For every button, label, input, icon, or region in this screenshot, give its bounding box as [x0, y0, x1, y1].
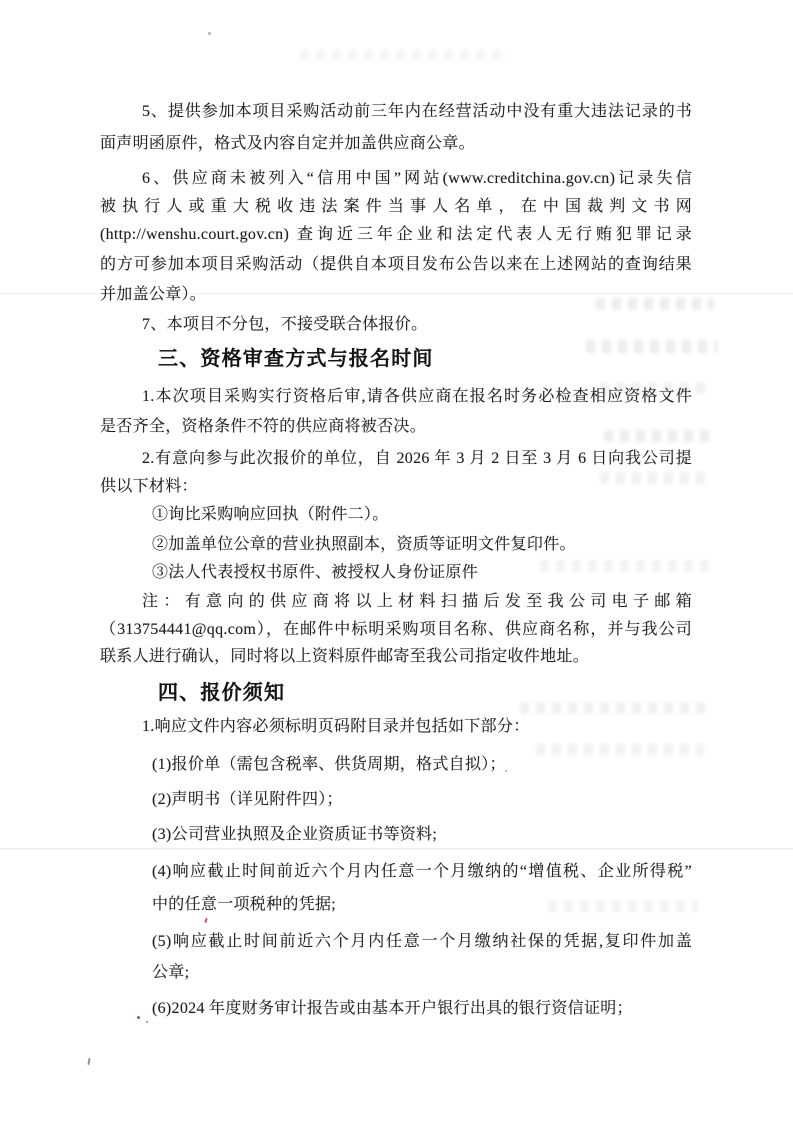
section4-item4-line2: 中的任意一项税种的凭据;	[100, 890, 692, 920]
clause6-line4: 的方可参加本项目采购活动（提供自本项目发布公告以来在上述网站的查询结果	[100, 250, 692, 280]
section4-item5-line1: (5)响应截止时间前近六个月内任意一个月缴纳社保的凭据,复印件加盖	[100, 927, 692, 957]
section3-item1-line2: 是否齐全，资格条件不符的供应商将被否决。	[100, 412, 692, 442]
section4-intro: 1.响应文件内容必须标明页码附目录并包括如下部分：	[100, 712, 692, 742]
section4-item5-line2: 公章;	[100, 958, 692, 988]
clause6-line5: 并加盖公章）。	[100, 280, 692, 310]
clause6-line3: (http://wenshu.court.gov.cn) 查询近三年企业和法定代…	[100, 220, 692, 250]
document-scan-page: 5、提供参加本项目采购活动前三年内在经营活动中没有重大违法记录的书 面声明函原件…	[0, 0, 793, 1122]
clause7-line: 7、本项目不分包，不接受联合体报价。	[100, 310, 692, 340]
section4-item1: (1)报价单（需包含税率、供货周期，格式自拟）；	[100, 750, 692, 780]
section3-heading: 三、资格审查方式与报名时间	[100, 343, 692, 375]
section4-item4-line1: (4)响应截止时间前近六个月内任意一个月缴纳的“增值税、企业所得税”	[100, 857, 692, 887]
section3-note-line3: 联系人进行确认，同时将以上资料原件邮寄至我公司指定收件地址。	[100, 642, 692, 672]
section3-material1: ①询比采购响应回执（附件二）。	[100, 500, 692, 530]
section3-note-line1: 注：有意向的供应商将以上材料扫描后发至我公司电子邮箱	[100, 587, 692, 617]
bleed-through-smudge	[300, 50, 510, 61]
scan-speck	[87, 1058, 90, 1065]
clause6-line2: 被执行人或重大税收违法案件当事人名单，在中国裁判文书网	[100, 192, 692, 222]
section3-material2: ②加盖单位公章的营业执照副本，资质等证明文件复印件。	[100, 530, 692, 560]
clause6-line1: 6、供应商未被列入“信用中国”网站(www.creditchina.gov.cn…	[100, 164, 692, 194]
section3-item1-line1: 1.本次项目采购实行资格后审,请各供应商在报名时务必检查相应资格文件	[100, 382, 692, 412]
section3-item2-line2: 供以下材料：	[100, 472, 692, 502]
section4-heading: 四、报价须知	[100, 677, 692, 709]
section3-material3: ③法人代表授权书原件、被授权人身份证原件	[100, 558, 692, 588]
section4-item3: (3)公司营业执照及企业资质证书等资料;	[100, 820, 692, 850]
clause5-line1: 5、提供参加本项目采购活动前三年内在经营活动中没有重大违法记录的书	[100, 97, 692, 127]
clause5-line2: 面声明函原件，格式及内容自定并加盖供应商公章。	[100, 129, 692, 159]
section4-item6: (6)2024 年度财务审计报告或由基本开户银行出具的银行资信证明；	[100, 994, 692, 1024]
section3-item2-line1: 2.有意向参与此次报价的单位，自 2026 年 3 月 2 日至 3 月 6 日…	[100, 444, 692, 474]
section3-note-line2: （313754441@qq.com），在邮件中标明采购项目名称、供应商名称，并与…	[100, 615, 692, 645]
scan-speck	[208, 32, 211, 35]
section4-item2: (2)声明书（详见附件四）；	[100, 785, 692, 815]
